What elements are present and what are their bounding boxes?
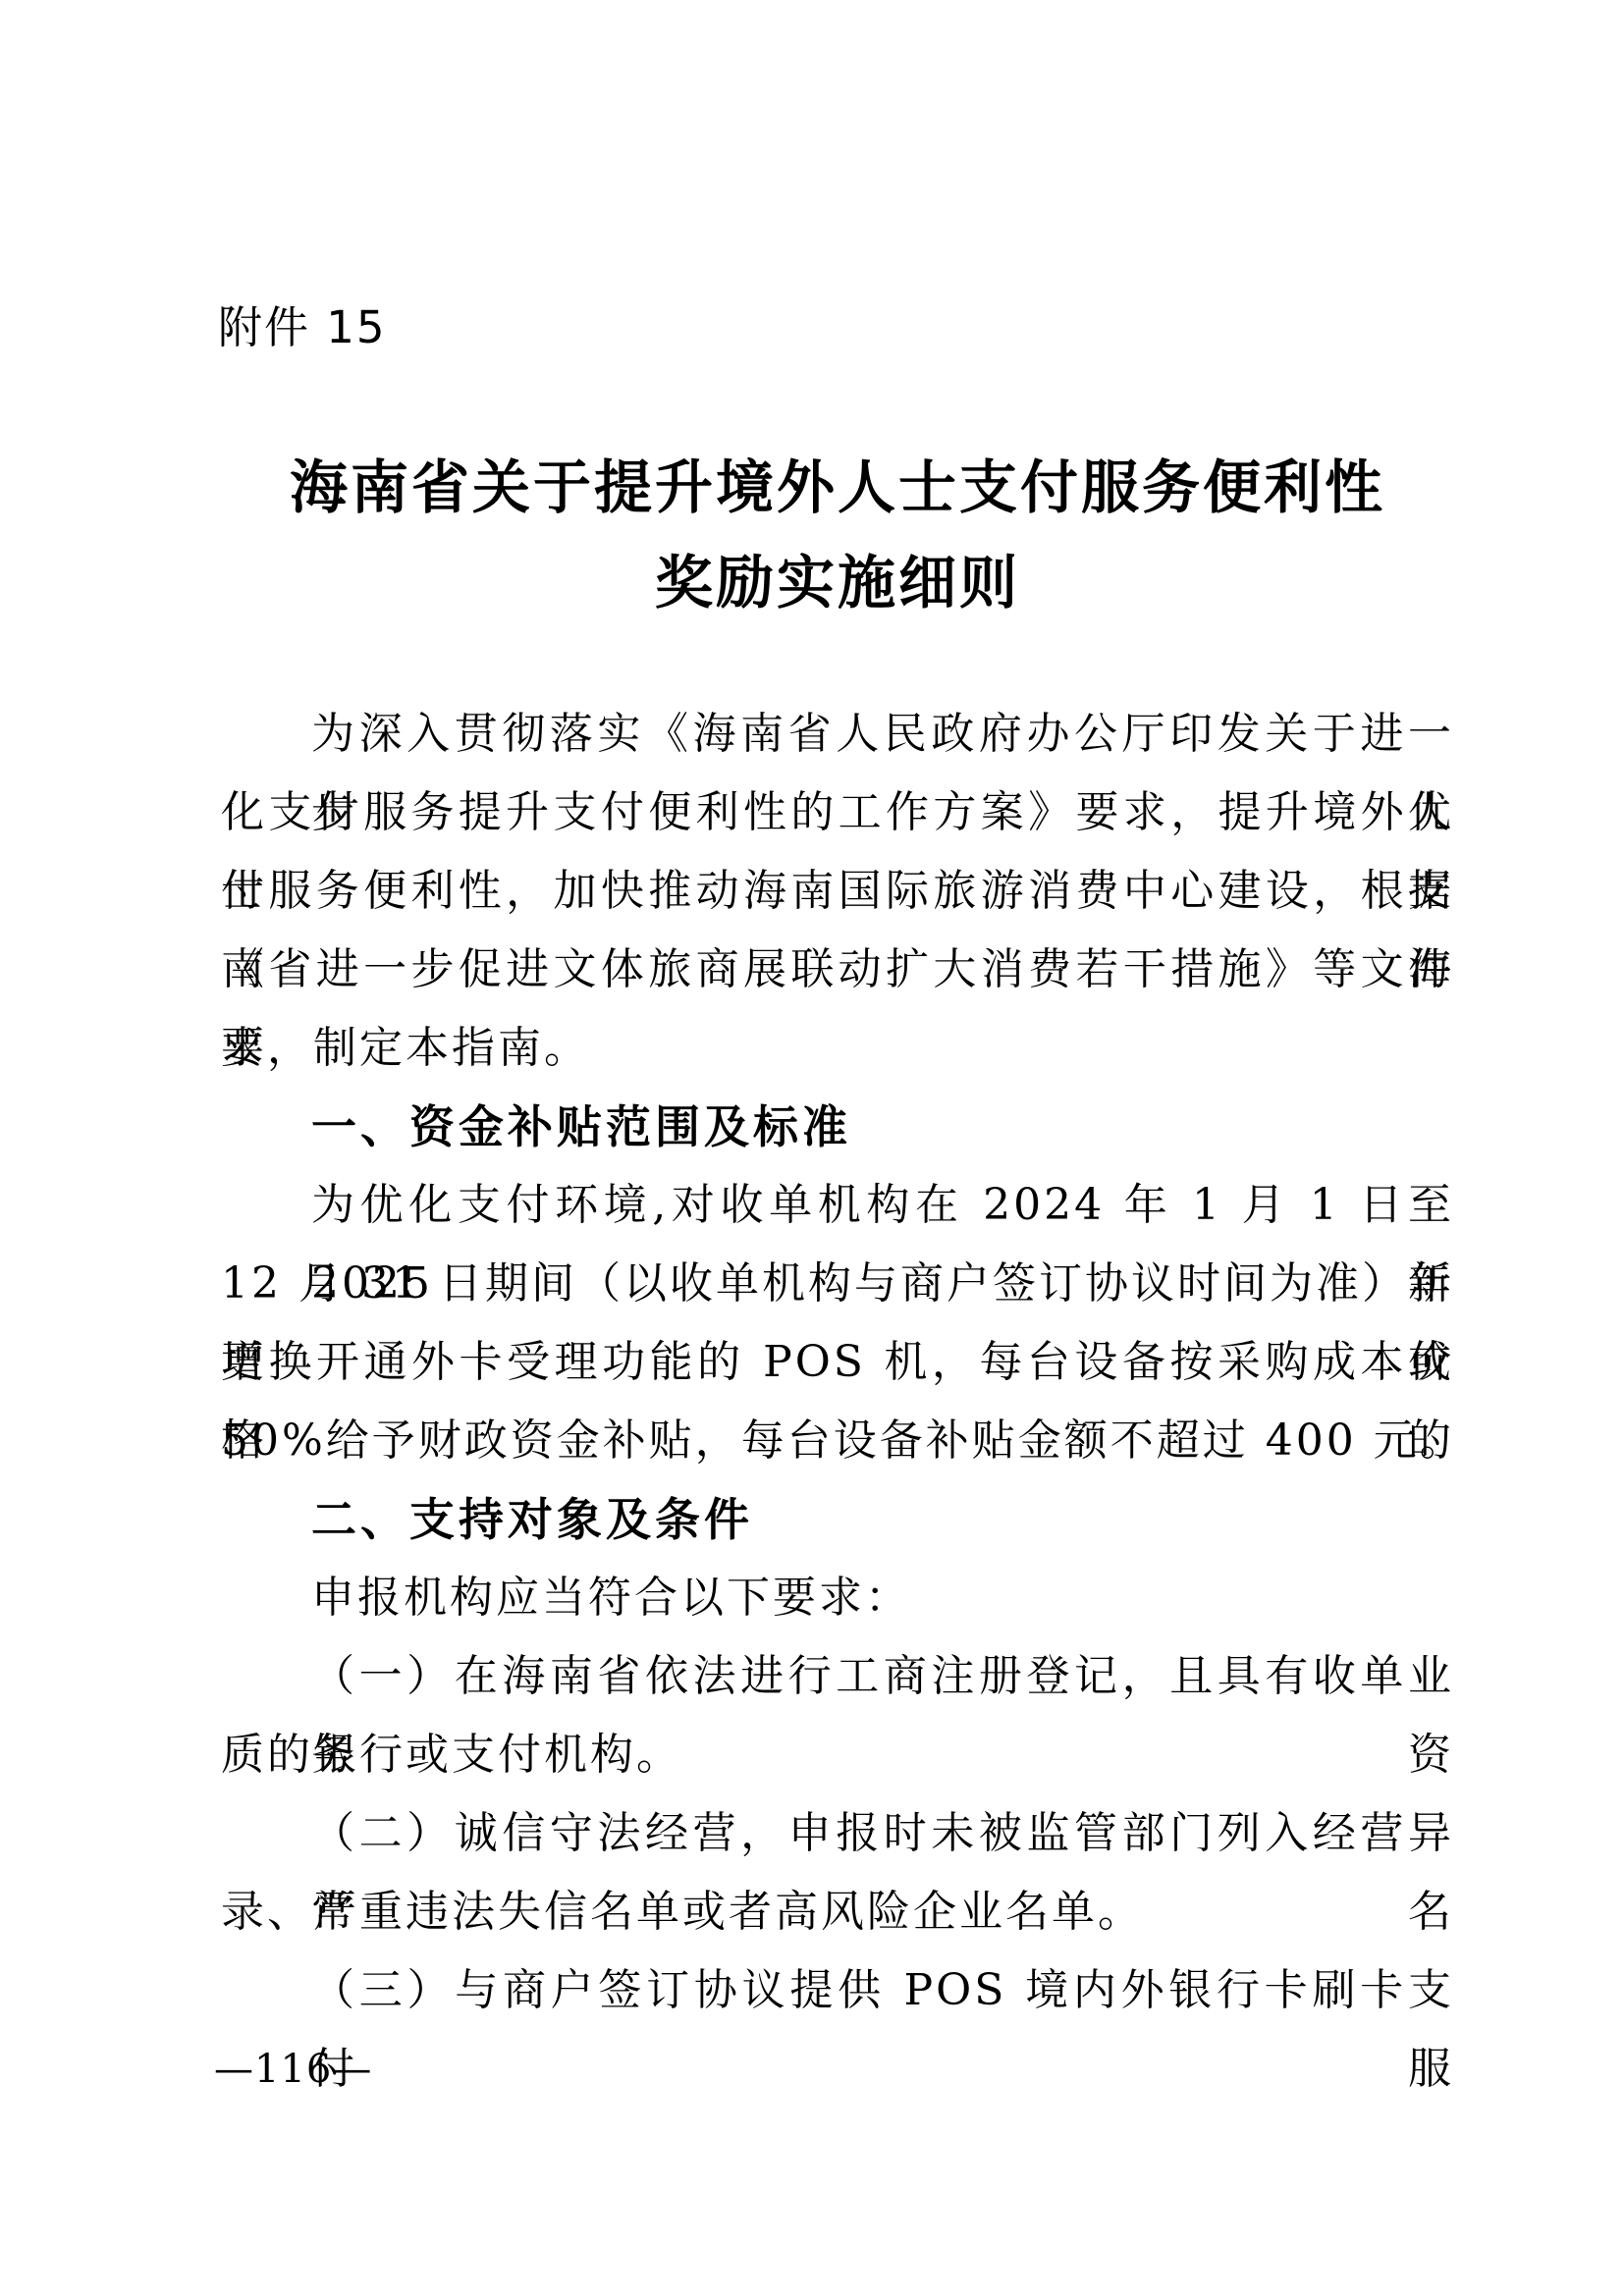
section-heading-1: 一、资金补贴范围及标准 <box>221 1088 1454 1166</box>
document-title: 海南省关于提升境外人士支付服务便利性 奖励实施细则 <box>221 440 1454 630</box>
body-line: 12 月 31 日期间（以收单机构与商户签订协议时间为准）新增或 <box>221 1245 1454 1323</box>
section-heading-2: 二、支持对象及条件 <box>221 1480 1454 1559</box>
document-title-line2: 奖励实施细则 <box>221 535 1454 630</box>
body-line: （三）与商户签订协议提供 POS 境内外银行卡刷卡支付服 <box>221 1951 1454 2030</box>
body-line: 为深入贯彻落实《海南省人民政府办公厅印发关于进一步优 <box>221 695 1454 774</box>
body-line: 化支付服务提升支付便利性的工作方案》要求，提升境外人士支 <box>221 774 1454 852</box>
document-title-line1: 海南省关于提升境外人士支付服务便利性 <box>221 440 1454 535</box>
body-line: 更换开通外卡受理功能的 POS 机，每台设备按采购成本价格的 <box>221 1323 1454 1402</box>
body-line: 申报机构应当符合以下要求： <box>221 1559 1454 1637</box>
body-line: 为优化支付环境,对收单机构在 2024 年 1 月 1 日至 2025 年 <box>221 1166 1454 1245</box>
body-line: （二）诚信守法经营，申报时未被监管部门列入经营异常名 <box>221 1794 1454 1873</box>
body-line: 50%给予财政资金补贴，每台设备补贴金额不超过 400 元。 <box>221 1402 1454 1480</box>
body-line: 南省进一步促进文体旅商展联动扩大消费若干措施》等文件要 <box>221 931 1454 1009</box>
attachment-label: 附件 15 <box>218 302 387 353</box>
body-line: 求，制定本指南。 <box>221 1009 1454 1088</box>
document-body: 为深入贯彻落实《海南省人民政府办公厅印发关于进一步优 化支付服务提升支付便利性的… <box>221 695 1454 2030</box>
body-line: 付服务便利性，加快推动海南国际旅游消费中心建设，根据《海 <box>221 852 1454 931</box>
body-line: （一）在海南省依法进行工商注册登记，且具有收单业务资 <box>221 1637 1454 1716</box>
page-number: —116— <box>214 2048 372 2091</box>
document-page: 附件 15 海南省关于提升境外人士支付服务便利性 奖励实施细则 为深入贯彻落实《… <box>0 0 1624 2296</box>
